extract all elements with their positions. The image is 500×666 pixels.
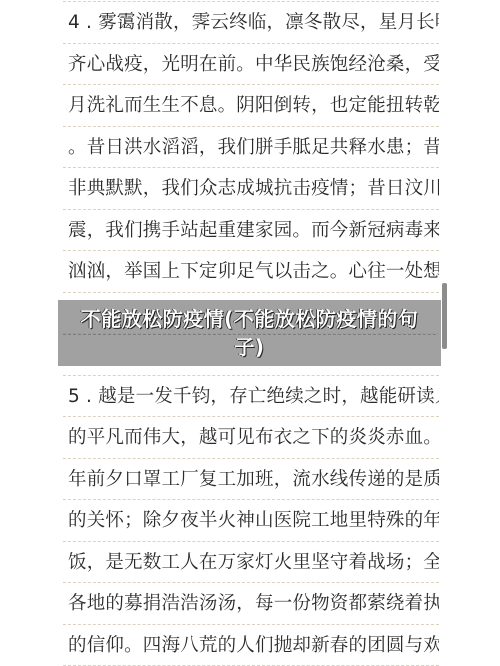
text-line: 齐心战疫，光明在前。中华民族饱经沧桑，受岁 bbox=[63, 44, 439, 86]
text-line: 5 . 越是一发千钧，存亡绝续之时，越能研读人性 bbox=[63, 376, 439, 418]
text-line: 4 . 雾霭消散，霁云终临，凛冬散尽，星月长明， bbox=[63, 2, 439, 44]
text-line: 年前夕口罩工厂复工加班，流水线传递的是质朴 bbox=[63, 459, 439, 501]
divider bbox=[63, 334, 436, 335]
text-line: 的关怀；除夕夜半火神山医院工地里特殊的年夜 bbox=[63, 500, 439, 542]
text-line: 的信仰。四海八荒的人们抛却新春的团圆与欢庆 bbox=[63, 625, 439, 666]
scrollbar-thumb[interactable] bbox=[442, 283, 447, 349]
text-line: 汹汹，举国上下定卯足气以击之。心往一处想， bbox=[63, 251, 439, 293]
text-line: 。昔日洪水滔滔，我们胼手胝足共释水患；昔日 bbox=[63, 127, 439, 169]
text-line: 各地的募捐浩浩汤汤，每一份物资都萦绕着执著 bbox=[63, 583, 439, 625]
page-title: 不能放松防疫情(不能放松防疫情的句子) bbox=[68, 305, 431, 361]
text-line: 震，我们携手站起重建家园。而今新冠病毒来势 bbox=[63, 210, 439, 252]
title-banner: 不能放松防疫情(不能放松防疫情的句子) bbox=[58, 300, 441, 366]
text-line: 月洗礼而生生不息。阴阳倒转，也定能扭转乾坤 bbox=[63, 85, 439, 127]
text-line: 非典默默，我们众志成城抗击疫情；昔日汶川地 bbox=[63, 168, 439, 210]
text-line: 的平凡而伟大，越可见布衣之下的炎炎赤血。新 bbox=[63, 417, 439, 459]
text-line: 饭，是无数工人在万家灯火里坚守着战场；全国 bbox=[63, 542, 439, 584]
